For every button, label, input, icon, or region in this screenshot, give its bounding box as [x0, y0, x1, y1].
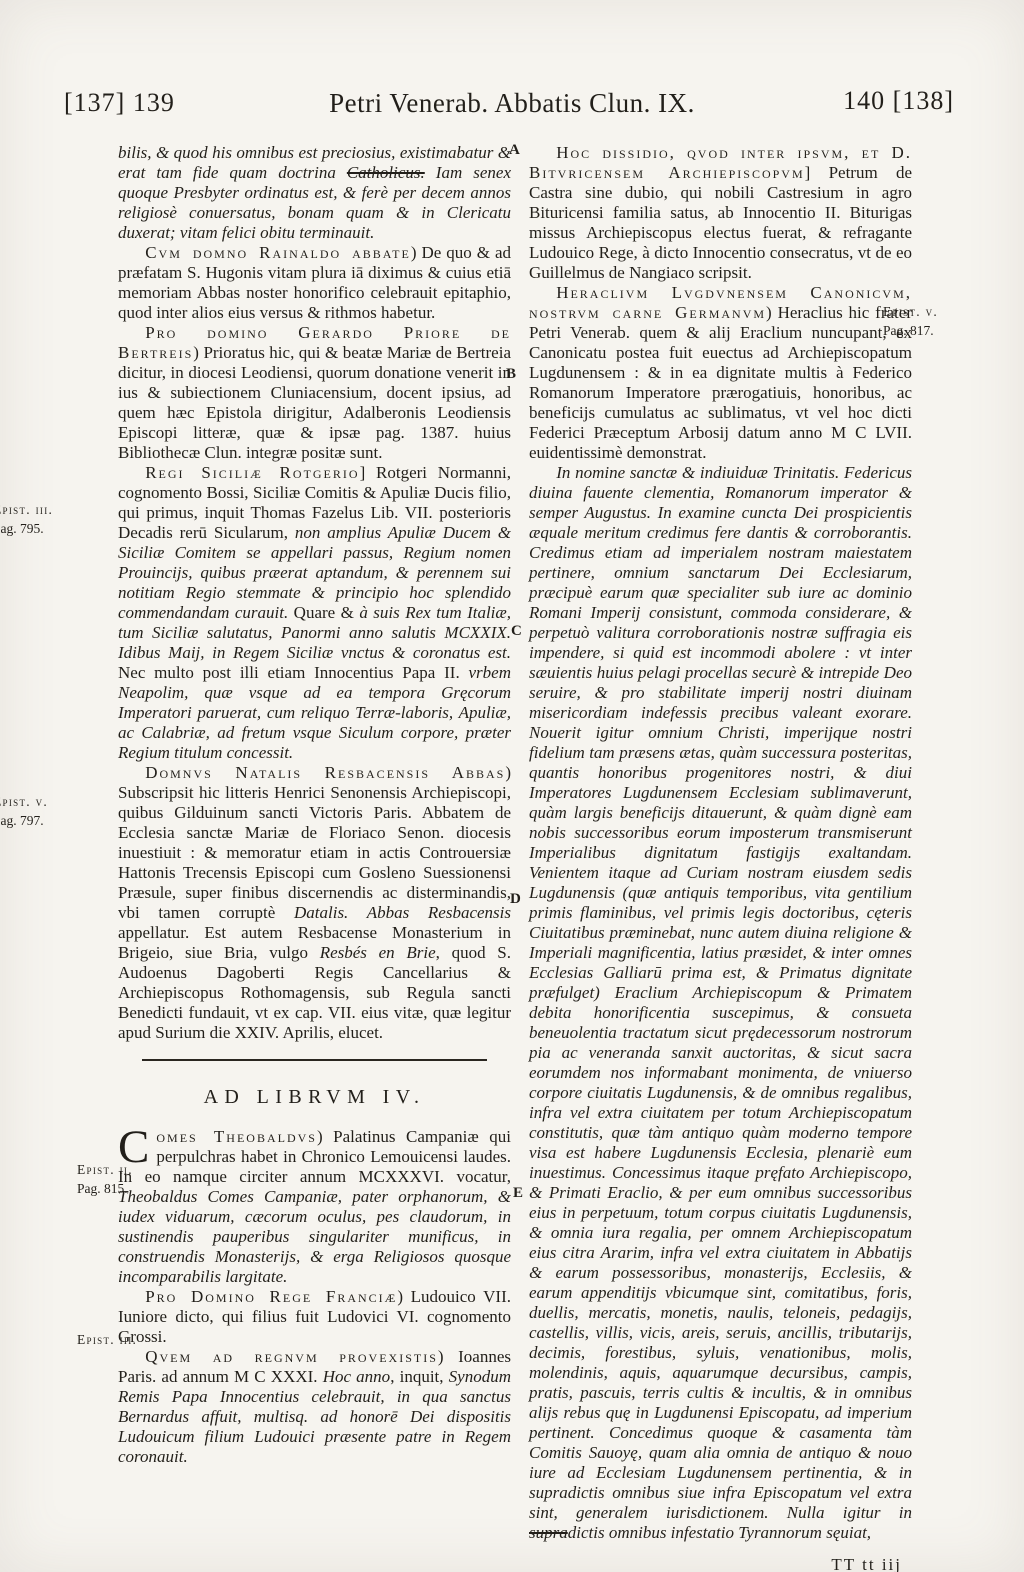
text-run: Domnvs Natalis Resbacensis Abbas: [145, 763, 505, 782]
left-column: bilis, & quod his omnibus est preciosius…: [118, 143, 511, 1467]
paragraph-imperial-charter: In nomine sanctæ & indiuiduæ Trinitatis.…: [529, 463, 912, 1543]
text-run: dictis omnibus infestatio Tyrannorum sęu…: [568, 1523, 871, 1542]
text-run: Qvem ad regnvm provexistis: [145, 1347, 438, 1366]
section-divider-rule: [142, 1059, 488, 1061]
text-run: , inquit,: [390, 1367, 448, 1386]
paragraph-lemma-heraclium: Heraclivm Lvgdvnensem Canonicvm, nostrvm…: [529, 283, 912, 463]
margin-note-page-label: Pag. 797.: [0, 811, 48, 830]
margin-note-epist-3-795: Epist. iii. Pag. 795.: [0, 500, 53, 538]
folio-number-left: [137] 139: [64, 88, 175, 118]
text-run: Catholicus.: [347, 163, 425, 182]
text-run: ) Heraclius hic frater Petri Venerab. qu…: [529, 303, 912, 462]
text-run: Theobaldus Comes Campaniæ, pater orphano…: [118, 1187, 511, 1286]
text-run: Resbés en Brie: [320, 943, 436, 962]
section-heading: AD LIBRVM IV.: [118, 1087, 511, 1107]
text-run: Hoc anno: [323, 1367, 390, 1386]
paragraph-lemma-rainaldo: Cvm domno Rainaldo abbate) De quo & ad p…: [118, 243, 511, 323]
gutter-letter-b: B: [506, 367, 516, 382]
margin-note-epist-2-815: Epist. ii. Pag. 815.: [77, 1160, 133, 1198]
margin-note-epist-label: Epist. ii.: [77, 1160, 133, 1179]
margin-note-epist-3: Epist. iii.: [77, 1330, 137, 1349]
margin-note-epist-label: Epist. v.: [0, 792, 48, 811]
gutter-letter-e: E: [513, 1186, 523, 1201]
right-column: Hoc dissidio, qvod inter ipsvm, et D. Bi…: [529, 143, 912, 1572]
paragraph-lemma-provexistis: Qvem ad regnvm provexistis) Ioannes Pari…: [118, 1347, 511, 1467]
margin-note-page-label: Pag. 817.: [883, 321, 938, 340]
text-run: Cvm domno Rainaldo abbate: [145, 243, 411, 262]
text-run: Pro Domino Rege Franciæ: [145, 1287, 397, 1306]
margin-note-epist-label: Epist. iii.: [77, 1330, 137, 1349]
text-run: In nomine sanctæ & indiuiduæ Trinitatis.…: [529, 463, 912, 1522]
margin-note-epist-5-817: Epist. v. Pag. 817.: [883, 302, 938, 340]
paragraph-lemma-dissidio: Hoc dissidio, qvod inter ipsvm, et D. Bi…: [529, 143, 912, 283]
paragraph-lemma-natalis: Domnvs Natalis Resbacensis Abbas) Subscr…: [118, 763, 511, 1043]
text-run: Nec multo post illi etiam Innocentius Pa…: [118, 663, 469, 682]
text-run: omes Theobaldvs: [156, 1127, 317, 1146]
gutter-letter-c: C: [511, 624, 522, 639]
margin-note-epist-5-797: Epist. v. Pag. 797.: [0, 792, 48, 830]
margin-note-epist-label: Epist. v.: [883, 302, 938, 321]
paragraph-lemma-rege-franciae: Pro Domino Rege Franciæ) Ludouico VII. I…: [118, 1287, 511, 1347]
paragraph-lemma-theobaldus: Comes Theobaldvs) Palatinus Campaniæ qui…: [118, 1127, 511, 1287]
text-run: Regi Siciliæ Rotgerio: [145, 463, 359, 482]
quire-signature: TT tt iij: [529, 1555, 912, 1572]
text-run: ) Subscripsit hic litteris Henrici Senon…: [118, 763, 511, 922]
paragraph-text: omes Theobaldvs) Palatinus Campaniæ qui …: [118, 1127, 511, 1286]
paragraph-lemma-gerardo: Pro domino Gerardo Priore de Bertreis) P…: [118, 323, 511, 463]
margin-note-epist-label: Epist. iii.: [0, 500, 53, 519]
paragraph-continuation: bilis, & quod his omnibus est preciosius…: [118, 143, 511, 243]
margin-note-page-label: Pag. 815.: [77, 1179, 133, 1198]
text-run: Datalis. Abbas Resbacensis: [294, 903, 511, 922]
paragraph-lemma-rotgerio: Regi Siciliæ Rotgerio] Rotgeri Normanni,…: [118, 463, 511, 763]
running-title: Petri Venerab. Abbatis Clun. IX.: [329, 88, 695, 119]
margin-note-page-label: Pag. 795.: [0, 519, 53, 538]
text-run: Quare &: [288, 603, 359, 622]
gutter-letter-d: D: [510, 892, 521, 907]
text-run: supra: [529, 1523, 568, 1542]
folio-number-right: 140 [138]: [843, 86, 954, 116]
book-page: [137] 139 Petri Venerab. Abbatis Clun. I…: [0, 0, 1024, 1572]
gutter-letter-a: A: [509, 143, 520, 158]
